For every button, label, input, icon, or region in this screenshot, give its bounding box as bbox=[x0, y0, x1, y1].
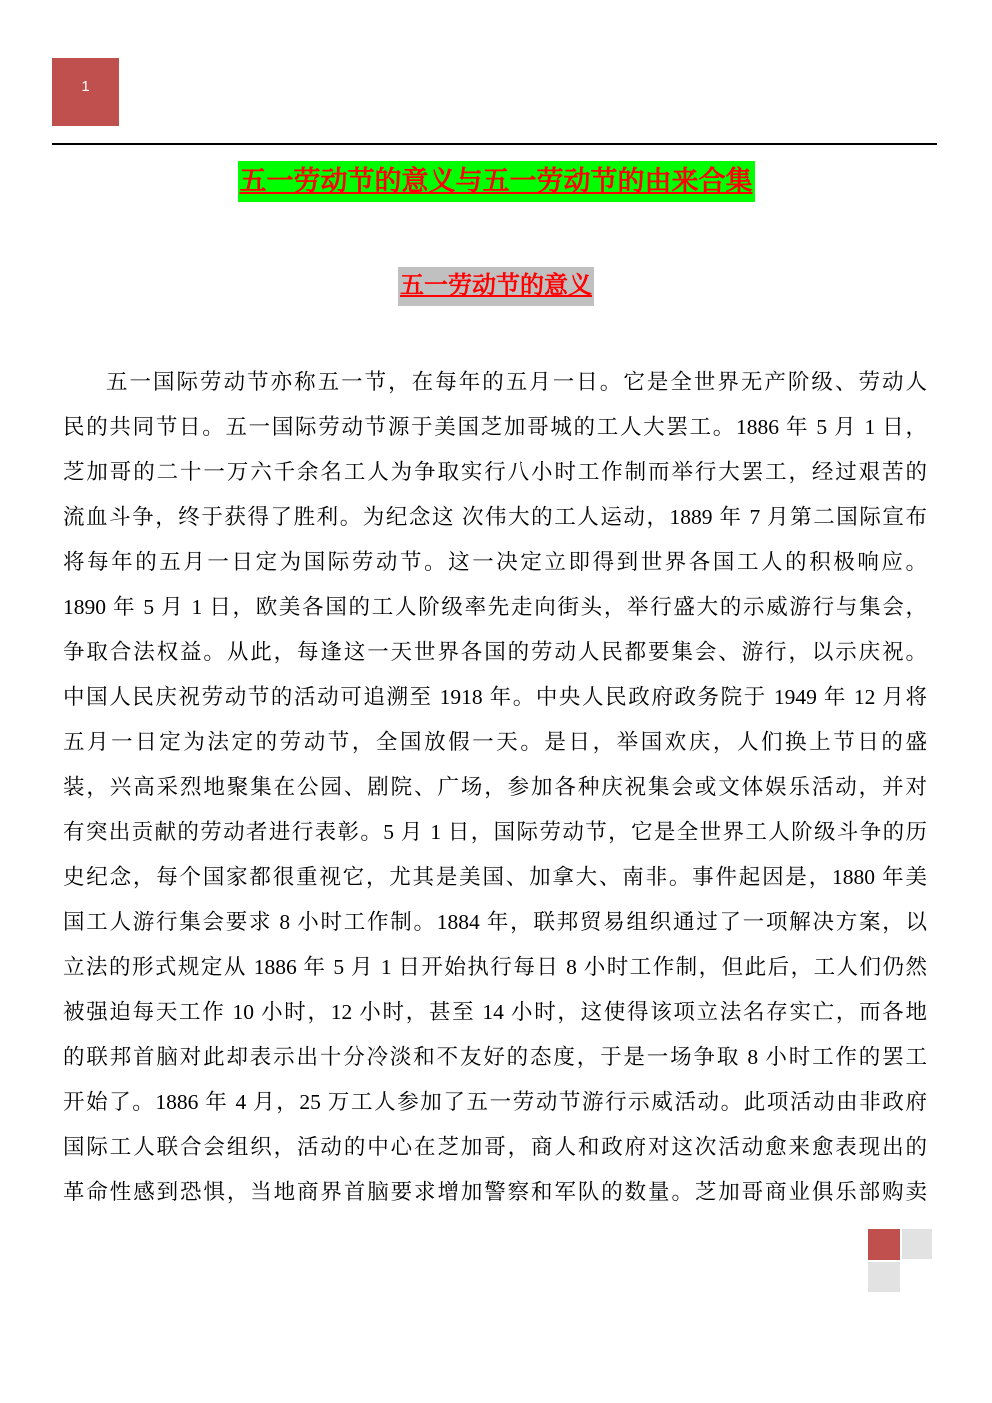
page-number-badge: 1 bbox=[52, 58, 119, 126]
body-line: 有突出贡献的劳动者进行表彰。5 月 1 日，国际劳动节，它是全世界工人阶级斗争的… bbox=[63, 810, 927, 855]
body-line: 开始了。1886 年 4 月，25 万工人参加了五一劳动节游行示威活动。此项活动… bbox=[63, 1080, 927, 1125]
body-line: 革命性感到恐惧，当地商界首脑要求增加警察和军队的数量。芝加哥商业俱乐部购卖 bbox=[63, 1170, 927, 1215]
body-line: 装，兴高采烈地聚集在公园、剧院、广场，参加各种庆祝集会或文体娱乐活动，并对 bbox=[63, 765, 927, 810]
body-line: 史纪念，每个国家都很重视它，尤其是美国、加拿大、南非。事件起因是，1880 年美 bbox=[63, 855, 927, 900]
section-subtitle: 五一劳动节的意义 bbox=[398, 267, 594, 306]
document-title: 五一劳动节的意义与五一劳动节的由来合集 bbox=[238, 161, 755, 202]
body-line: 国际工人联合会组织，活动的中心在芝加哥，商人和政府对这次活动愈来愈表现出的 bbox=[63, 1125, 927, 1170]
corner-gray-square-bottom bbox=[868, 1262, 900, 1292]
body-line: 流血斗争，终于获得了胜利。为纪念这 次伟大的工人运动，1889 年 7 月第二国… bbox=[63, 495, 927, 540]
header-rule bbox=[52, 143, 937, 145]
body-paragraph: 五一国际劳动节亦称五一节，在每年的五月一日。它是全世界无产阶级、劳动人 民的共同… bbox=[63, 360, 927, 1215]
body-line: 民的共同节日。五一国际劳动节源于美国芝加哥城的工人大罢工。1886 年 5 月 … bbox=[63, 405, 927, 450]
body-line: 国工人游行集会要求 8 小时工作制。1884 年，联邦贸易组织通过了一项解决方案… bbox=[63, 900, 927, 945]
body-line: 立法的形式规定从 1886 年 5 月 1 日开始执行每日 8 小时工作制，但此… bbox=[63, 945, 927, 990]
body-line: 被强迫每天工作 10 小时，12 小时，甚至 14 小时，这使得该项立法名存实亡… bbox=[63, 990, 927, 1035]
subtitle-row: 五一劳动节的意义 bbox=[0, 267, 992, 306]
body-line: 1890 年 5 月 1 日，欧美各国的工人阶级率先走向街头，举行盛大的示威游行… bbox=[63, 585, 927, 630]
body-line: 争取合法权益。从此，每逢这一天世界各国的劳动人民都要集会、游行，以示庆祝。 bbox=[63, 630, 927, 675]
body-line: 五月一日定为法定的劳动节，全国放假一天。是日，举国欢庆，人们换上节日的盛 bbox=[63, 720, 927, 765]
corner-gray-square-right bbox=[902, 1229, 932, 1259]
body-line: 中国人民庆祝劳动节的活动可追溯至 1918 年。中央人民政府政务院于 1949 … bbox=[63, 675, 927, 720]
body-line: 将每年的五月一日定为国际劳动节。这一决定立即得到世界各国工人的积极响应。 bbox=[63, 540, 927, 585]
document-page: 1 五一劳动节的意义与五一劳动节的由来合集 五一劳动节的意义 五一国际劳动节亦称… bbox=[0, 0, 992, 1403]
page-number: 1 bbox=[81, 78, 89, 95]
corner-red-square bbox=[868, 1229, 900, 1260]
body-line: 芝加哥的二十一万六千余名工人为争取实行八小时工作制而举行大罢工，经过艰苦的 bbox=[63, 450, 927, 495]
body-line: 五一国际劳动节亦称五一节，在每年的五月一日。它是全世界无产阶级、劳动人 bbox=[63, 360, 927, 405]
title-row: 五一劳动节的意义与五一劳动节的由来合集 bbox=[0, 161, 992, 202]
body-line: 的联邦首脑对此却表示出十分冷淡和不友好的态度，于是一场争取 8 小时工作的罢工 bbox=[63, 1035, 927, 1080]
